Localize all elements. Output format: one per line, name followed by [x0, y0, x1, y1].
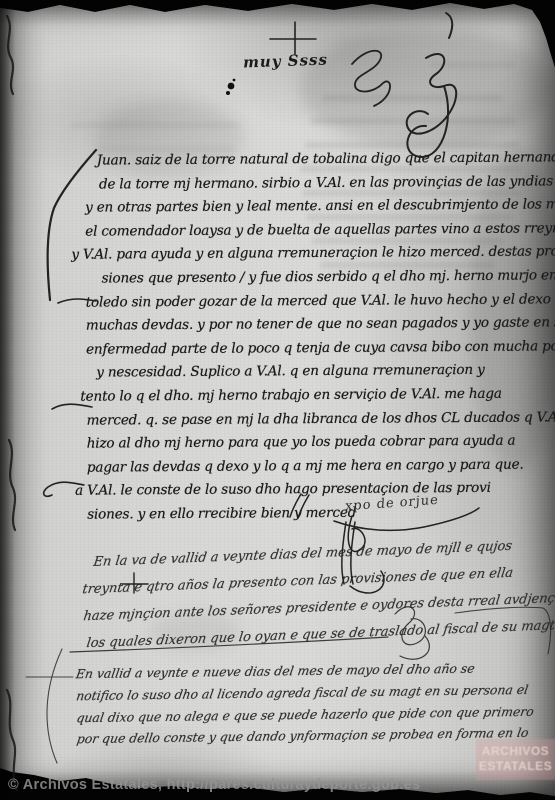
archive-stamp: ARCHIVOS ESTATALES [476, 739, 555, 780]
manuscript-line: enfermedad parte de lo poco q tenja de c… [86, 338, 552, 365]
notification-note-block: En vallid a veynte e nueve dias del mes … [75, 660, 533, 754]
manuscript-line: Juan. saiz de la torre natural de tobali… [85, 149, 551, 176]
manuscript-line: siones. y en ello rrecibire bien y merce… [87, 503, 553, 530]
archive-stamp-line: ESTATALES [476, 759, 555, 774]
manuscript-line: muchas devdas. y por no tener de que no … [86, 315, 552, 342]
archive-stamp-line: ARCHIVOS [476, 744, 555, 759]
manuscript-line: toledo sin poder gozar de la merced que … [86, 291, 552, 318]
manuscript-line: el comendador loaysa y de buelta de aque… [85, 220, 551, 247]
manuscript-line: siones que presento / y fue dios serbido… [86, 267, 552, 294]
manuscript-line: y en otras partes bien y leal mente. ans… [85, 197, 551, 224]
manuscript-line: tento lo q el dho. mj herno trabajo en s… [80, 385, 552, 412]
manuscript-scan: muy Ssss Juan. saiz de la torre natural … [0, 0, 555, 800]
presentation-note-block: En la va de vallid a veynte dias del mes… [80, 537, 555, 663]
archive-watermark: © Archivos Estatales, http://pares.cultu… [8, 777, 420, 793]
manuscript-line: a V.Al. le conste de lo suso dho hago pr… [75, 480, 553, 507]
petition-text-block: Juan. saiz de la torre natural de tobali… [85, 149, 554, 530]
manuscript-line: y nescesidad. Suplico a V.Al. q en algun… [86, 362, 552, 389]
binding-edge [0, 0, 15, 800]
manuscript-line: pagar las devdas q dexo y lo q a mj me h… [87, 456, 553, 483]
manuscript-line: y V.Al. para ayuda y en alguna rremunera… [71, 244, 551, 271]
manuscript-line: hizo al dho mj herno para que yo los pue… [87, 432, 553, 459]
manuscript-line: merced. q. se pase en mj la dha libranca… [86, 409, 552, 436]
docket-text: muy Ssss [243, 51, 328, 72]
manuscript-line: de la torre mj hermano. sirbio a V.Al. e… [85, 173, 551, 200]
